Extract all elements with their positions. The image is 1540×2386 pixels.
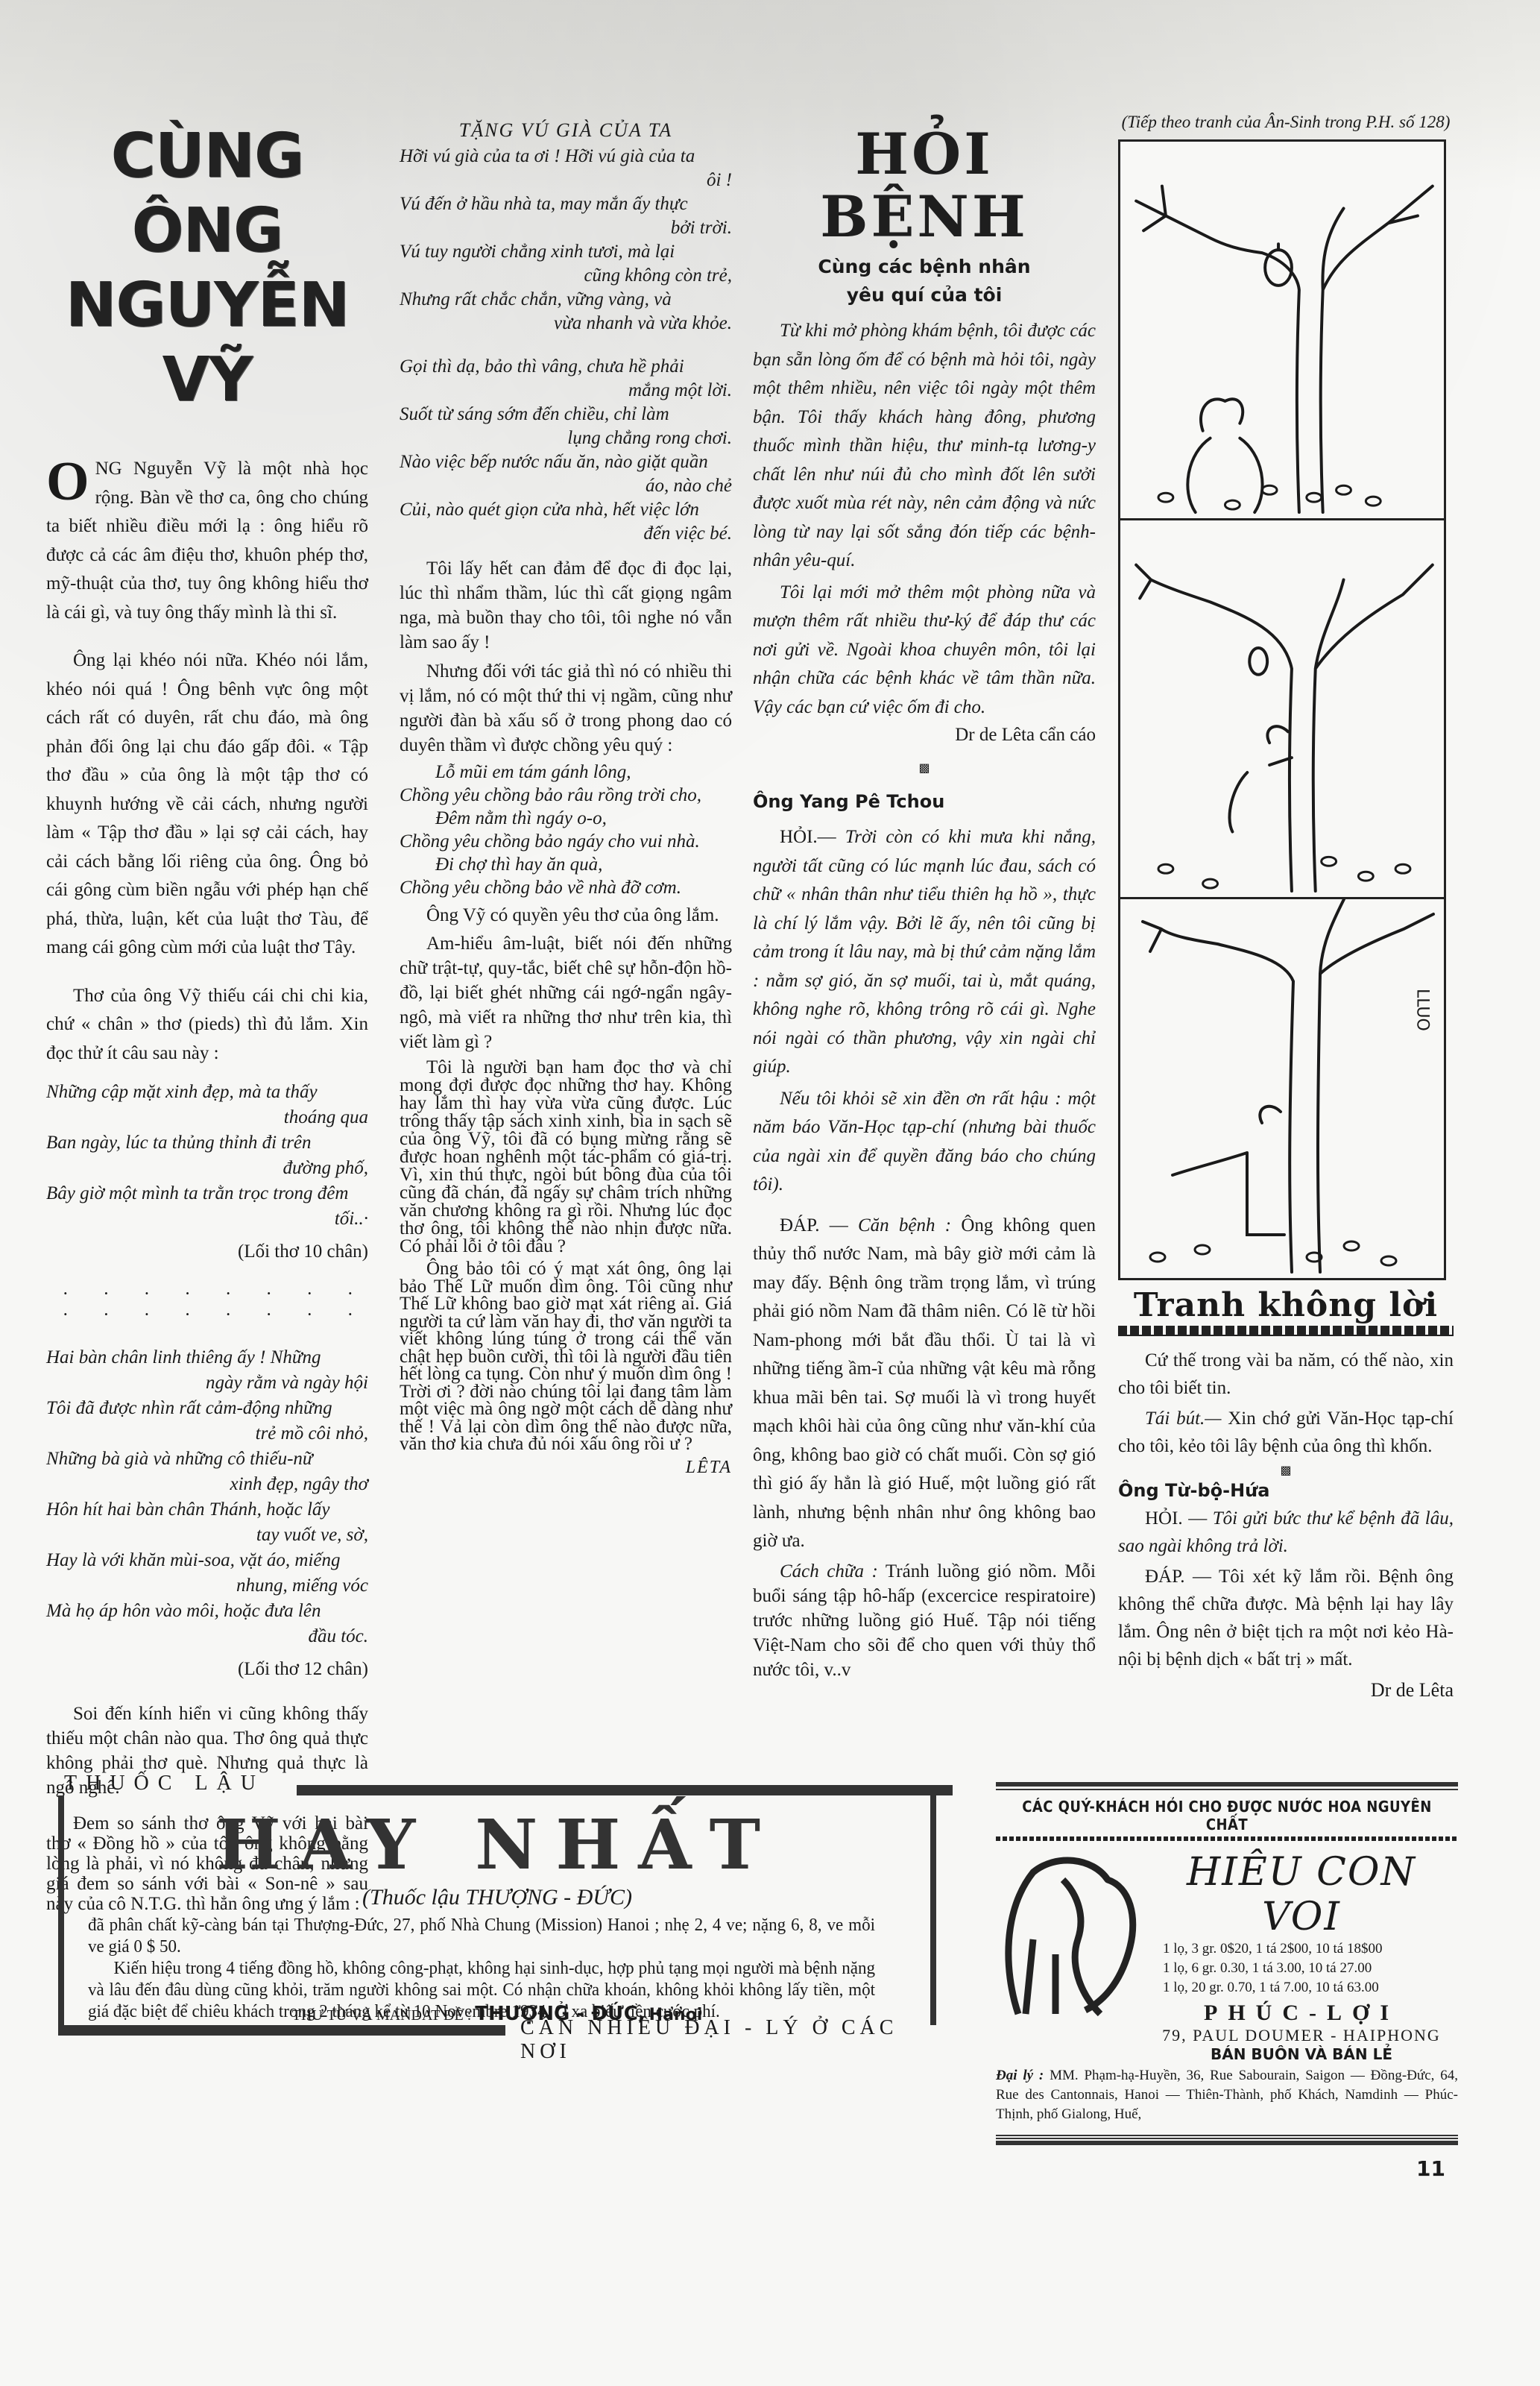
article-cung-ong-nguyen-vy: CÙNG ÔNG NGUYỄN VỸ ONG Nguyễn Vỹ là một …	[46, 119, 368, 1926]
paragraph: Tái bút.— Xin chớ gửi Văn-Học tạp-chí ch…	[1118, 1405, 1454, 1460]
separator-ornament: ▩	[1118, 1463, 1454, 1478]
paragraph: Tôi lấy hết can đảm để đọc đi đọc lại, l…	[400, 556, 732, 655]
signature: Dr de Lêta cẩn cáo	[753, 725, 1096, 746]
ad-agents-wanted: CẦN NHIỀU ĐẠI - LÝ Ở CÁC NƠI	[520, 2016, 953, 2064]
cartoon-title: Tranh không lời	[1118, 1286, 1454, 1324]
folk-verse: Lỗ mũi em tám gánh lông, Chồng yêu chồng…	[400, 761, 732, 899]
paragraph: Tôi lại mới mở thêm một phòng nữa và mượ…	[753, 579, 1096, 723]
ad-rule	[996, 1782, 1458, 1787]
magazine-page: CÙNG ÔNG NGUYỄN VỸ ONG Nguyễn Vỹ là một …	[0, 0, 1540, 2386]
reader-name: Ông Yang Pê Tchou	[753, 789, 1096, 814]
ad-rule	[996, 1789, 1458, 1790]
answer: ĐÁP. — Tôi xét kỹ lắm rồi. Bệnh ông khôn…	[1118, 1563, 1454, 1673]
paragraph: Nhưng đối với tác giả thì nó có nhiều th…	[400, 659, 732, 758]
paragraph: Ông bảo tôi có ý mạt xát ông, ông lại bả…	[400, 1260, 732, 1453]
separator-ornament: ▩	[753, 761, 1096, 775]
verse-10-syllable: Những cập mặt xinh đẹp, mà ta thấythoáng…	[46, 1080, 368, 1232]
ad-title: HAY NHẤT	[58, 1804, 936, 1885]
ad-header: THUỐC LẬU	[64, 1772, 265, 1795]
cartoon-caption: (Tiếp theo tranh của Ân-Sinh trong P.H. …	[1118, 112, 1454, 132]
paragraph: Nếu tôi khỏi sẽ xin đền ơn rất hậu : một…	[753, 1085, 1096, 1200]
reader-name: Ông Từ-bộ-Hứa	[1118, 1478, 1454, 1503]
paragraph: Ông lại khéo nói nữa. Khéo nói lắm, khéo…	[46, 646, 368, 963]
ad-rule	[996, 2138, 1458, 2139]
verse-12-syllable: Hai bàn chân linh thiêng ấy ! Nhữngngày …	[46, 1345, 368, 1649]
author-signature: LÊTA	[400, 1458, 732, 1478]
cartoon-panel-2	[1120, 520, 1444, 899]
paragraph: Thơ của ông Vỹ thiếu cái chi chi kia, ch…	[46, 982, 368, 1068]
paragraph: Am-hiểu âm-luật, biết nói đến những chữ …	[400, 931, 732, 1054]
ad-rule	[996, 2135, 1458, 2136]
shop-name: PHÚC-LỢI	[1145, 2001, 1458, 2026]
cartoon-panel-1	[1120, 142, 1444, 520]
paragraph: Ông Vỹ có quyền yêu thơ của ông lắm.	[400, 904, 732, 927]
article-poem-review: TẶNG VÚ GIÀ CỦA TA Hỡi vú già của ta ơi …	[400, 119, 732, 1478]
cartoon-panel-3: LLUO	[1120, 899, 1444, 1278]
advertisement-thuoc-lau: THUỐC LẬU HAY NHẤT (Thuốc lậu THƯỢNG - Đ…	[58, 1772, 953, 2047]
verse-note: (Lối thơ 12 chân)	[46, 1655, 368, 1684]
artist-signature: LLUO	[1413, 989, 1432, 1031]
verse-note: (Lối thơ 10 chân)	[46, 1238, 368, 1266]
price-line: 1 lọ, 6 gr. 0.30, 1 tá 3.00, 10 tá 27.00	[1145, 1959, 1458, 1978]
article-title-line1: CÙNG ÔNG	[46, 119, 368, 268]
column-subtitle: Cùng các bệnh nhân yêu quí của tôi	[753, 253, 1096, 309]
ad-headline: CÁC QUÝ-KHÁCH HỎI CHO ĐƯỢC NƯỚC HOA NGUY…	[1019, 1798, 1435, 1833]
price-line: 1 lọ, 20 gr. 0.70, 1 tá 7.00, 10 tá 63.0…	[1145, 1978, 1458, 1998]
ornamental-rule	[1118, 1326, 1454, 1336]
cure: Cách chữa : Tránh luồng gió nồm. Mỗi buổ…	[753, 1559, 1096, 1682]
ellipsis-divider: · · · · · · · · · · · · · · · ·	[46, 1284, 368, 1326]
drop-cap: O	[46, 459, 89, 504]
paragraph: Tôi là người bạn ham đọc thơ và chỉ mong…	[400, 1059, 732, 1256]
ad-subtitle: (Thuốc lậu THƯỢNG - ĐỨC)	[58, 1885, 936, 1910]
paragraph: Cứ thế trong vài ba năm, có thế nào, xin…	[1118, 1347, 1454, 1402]
article-hoi-benh: HỎI BỆNH Cùng các bệnh nhân yêu quí của …	[753, 123, 1096, 1694]
ad-dash-rule	[996, 1836, 1458, 1841]
shop-address: 79, PAUL DOUMER - HAIPHONG	[1145, 2026, 1458, 2045]
elephant-icon	[996, 1850, 1145, 2021]
ad-border	[58, 2025, 505, 2036]
ad-border	[297, 1785, 953, 1795]
question: HỎI.— Trời còn có khi mưa khi nắng, ngườ…	[753, 823, 1096, 1082]
column-cartoon-and-answers: (Tiếp theo tranh của Ân-Sinh trong P.H. …	[1118, 112, 1454, 1702]
agent-list: Đại lý : MM. Phạm-hạ-Huyền, 36, Rue Sabo…	[996, 2066, 1458, 2124]
tree-man-climbing-illustration	[1120, 520, 1444, 897]
paragraph: Từ khi mở phòng khám bệnh, tôi được các …	[753, 317, 1096, 576]
brand-name: HIÊU CON VOI	[1145, 1850, 1458, 1939]
advertisement-nuoc-hoa: CÁC QUÝ-KHÁCH HỎI CHO ĐƯỢC NƯỚC HOA NGUY…	[996, 1782, 1458, 1998]
signature: Dr de Lêta	[1118, 1679, 1454, 1702]
ad-rule	[996, 2141, 1458, 2145]
wholesale-label: BÁN BUÔN VÀ BÁN LẺ	[1145, 2045, 1458, 2063]
question: HỎI. — Tôi gửi bức thư kể bệnh đã lâu, s…	[1118, 1505, 1454, 1560]
article-title-line2: NGUYỄN VỸ	[46, 268, 368, 418]
page-number: 11	[1416, 2156, 1445, 2181]
tree-man-open-arms-illustration: LLUO	[1120, 899, 1444, 1278]
poem: Hỡi vú già của ta ơi ! Hỡi vú già của ta…	[400, 145, 732, 546]
poem-title: TẶNG VÚ GIÀ CỦA TA	[400, 119, 732, 142]
cartoon-strip: LLUO	[1118, 139, 1446, 1280]
answer: ĐÁP. — Căn bệnh : Ông không quen thủy th…	[753, 1212, 1096, 1556]
paragraph: ONG Nguyễn Vỹ là một nhà học rộng. Bàn v…	[46, 455, 368, 627]
price-line: 1 lọ, 3 gr. 0$20, 1 tá 2$00, 10 tá 18$00	[1145, 1939, 1458, 1959]
tree-man-apple-illustration	[1120, 142, 1444, 518]
column-title: HỎI BỆNH	[753, 123, 1096, 248]
